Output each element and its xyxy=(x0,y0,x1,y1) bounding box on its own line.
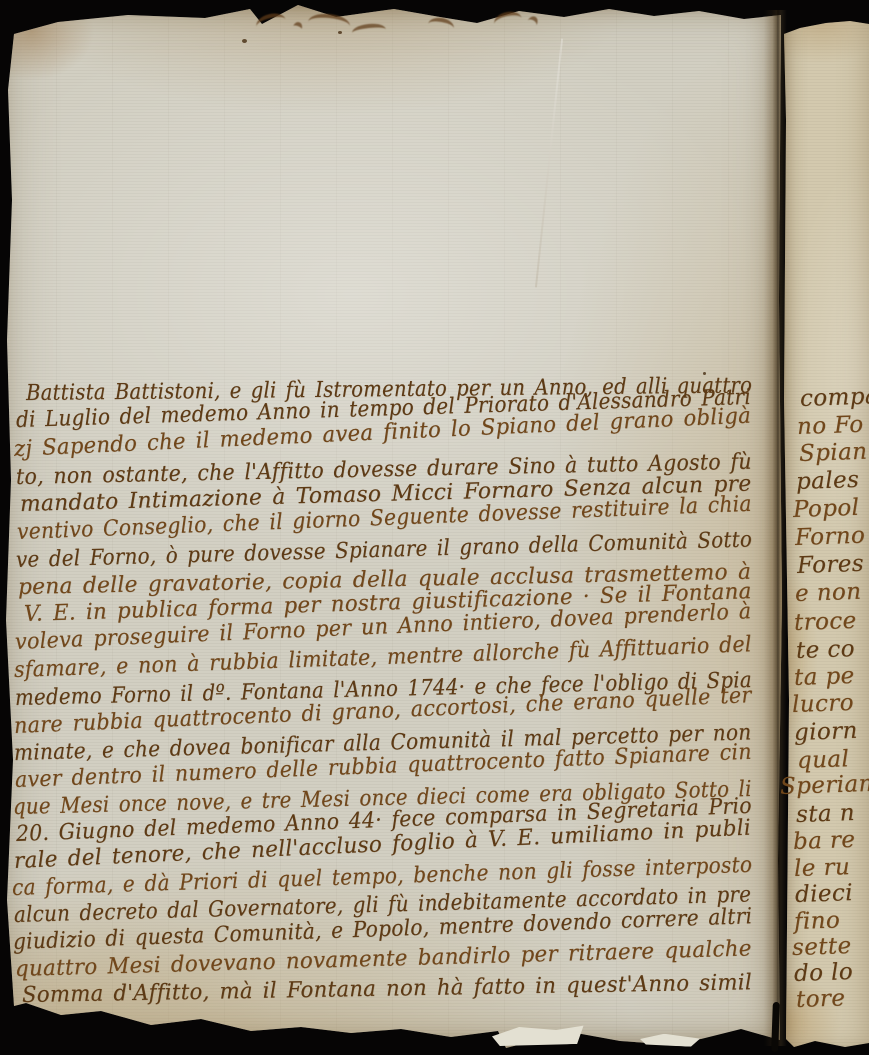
next-page-text-fragment: Forno xyxy=(795,523,866,551)
next-page-text-fragment: Spian xyxy=(799,439,868,467)
next-page-text-fragment: ta pe xyxy=(794,663,855,691)
next-page-text-fragment: lucro xyxy=(792,690,855,718)
next-page-text-fragment: giorn xyxy=(794,718,859,746)
ink-speck xyxy=(242,39,247,43)
next-page-text-fragment: Fores xyxy=(797,551,865,579)
page-gap-shadow xyxy=(771,1002,780,1052)
next-page-text-fragment: fino xyxy=(794,907,841,935)
next-page-text-fragment: sta n xyxy=(796,800,856,828)
next-page-text-fragment: Popol xyxy=(793,495,860,523)
next-page-text-fragment: dieci xyxy=(795,880,854,908)
next-page-text-fragment: pales xyxy=(796,467,860,495)
next-page-text-fragment: do lo xyxy=(794,959,854,987)
next-page-text-fragment: ba re xyxy=(793,827,856,855)
next-page-text-fragment: no Fo xyxy=(797,412,864,440)
next-page-text-fragment: troce xyxy=(794,608,857,636)
next-page-text-fragment: tore xyxy=(796,985,846,1013)
next-page-text-fragment: le ru xyxy=(794,854,851,882)
next-page-text-fragment: Speriam xyxy=(780,770,869,800)
next-page-text-fragment: compa xyxy=(800,383,869,412)
next-page-text-fragment: sette xyxy=(792,933,852,961)
ink-speck xyxy=(338,31,342,34)
next-page-text-fragment: qual xyxy=(797,746,850,774)
scanned-manuscript: Battista Battistoni, e gli fù Istromenta… xyxy=(0,0,869,1055)
next-page-text-fragment: te co xyxy=(796,636,856,664)
next-page-text-fragment: e non xyxy=(795,579,862,607)
